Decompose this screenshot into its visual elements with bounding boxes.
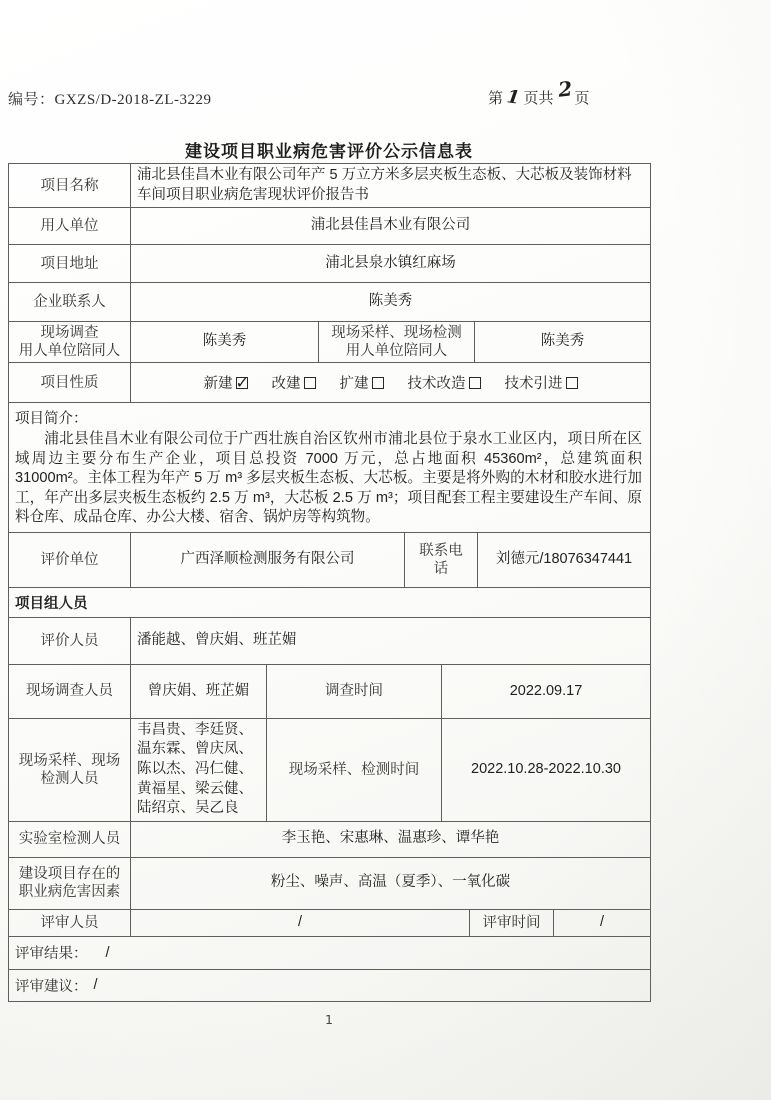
page-counter: 第1页共2页 xyxy=(488,84,590,108)
review-result-cell: 评审结果： / xyxy=(9,937,650,969)
row-label: 现场采样、现场 检测人员 xyxy=(9,719,130,821)
row-review-staff: 评审人员 / 评审时间 / xyxy=(9,909,650,936)
option-tech-upgrade: 技术改造 xyxy=(408,372,481,393)
row-hazards: 建设项目存在的 职业病危害因素 粉尘、噪声、高温（夏季）、一氧化碳 xyxy=(9,857,650,909)
review-advice-value: / xyxy=(94,977,98,993)
row-label: 企业联系人 xyxy=(9,283,130,321)
page-title: 建设项目职业病危害评价公示信息表 xyxy=(8,137,650,162)
option-label: 新建 xyxy=(204,372,233,393)
row-site-survey: 现场调查人员 曾庆娟、班芷媚 调查时间 2022.09.17 xyxy=(9,664,650,718)
row-label: 现场调查 用人单位陪同人 xyxy=(9,322,130,362)
row-label: 评价单位 xyxy=(9,533,130,587)
lab-staff-value: 李玉艳、宋惠琳、温惠珍、谭华艳 xyxy=(130,822,650,857)
checkbox-checked-icon xyxy=(236,377,248,389)
option-tech-import: 技术引进 xyxy=(505,372,578,393)
option-label: 扩建 xyxy=(340,372,369,393)
row-project-name: 项目名称 浦北县佳昌木业有限公司年产 5 万立方米多层夹板生态板、大芯板及装饰材… xyxy=(9,164,650,207)
review-result-label: 评审结果： xyxy=(15,942,88,963)
survey-time-label: 调查时间 xyxy=(266,665,441,718)
row-review-advice: 评审建议： / xyxy=(9,969,650,1001)
nature-options: 新建 改建 扩建 技术改造 技术引进 xyxy=(130,363,650,402)
info-table: 项目名称 浦北县佳昌木业有限公司年产 5 万立方米多层夹板生态板、大芯板及装饰材… xyxy=(8,163,651,1002)
row-label: 项目地址 xyxy=(9,245,130,282)
row-employer: 用人单位 浦北县佳昌木业有限公司 xyxy=(9,207,650,244)
row-label: 建设项目存在的 职业病危害因素 xyxy=(9,858,130,909)
row-evaluators: 评价人员 潘能越、曾庆娟、班芷媚 xyxy=(9,617,650,664)
row-escort: 现场调查 用人单位陪同人 陈美秀 现场采样、现场检测 用人单位陪同人 陈美秀 xyxy=(9,321,650,362)
checkbox-icon xyxy=(566,377,578,389)
team-section-header: 项目组人员 xyxy=(9,588,650,617)
address-value: 浦北县泉水镇红麻场 xyxy=(130,245,650,282)
row-project-intro: 项目简介： 浦北县佳昌木业有限公司位于广西壮族自治区钦州市浦北县位于泉水工业区内… xyxy=(9,402,650,532)
review-time-value: / xyxy=(553,910,650,936)
row-evaluation-org: 评价单位 广西泽顺检测服务有限公司 联系电 话 刘德元/18076347441 xyxy=(9,532,650,587)
doc-number: 编号：GXZS/D-2018-ZL-3229 xyxy=(8,88,211,109)
phone-value: 刘德元/18076347441 xyxy=(477,533,650,587)
handwritten-current-page: 1 xyxy=(506,86,521,109)
intro-heading: 项目简介： xyxy=(15,407,642,428)
page-counter-suffix: 页 xyxy=(574,91,589,107)
option-new-construction: 新建 xyxy=(204,372,248,393)
row-label: 用人单位 xyxy=(9,208,130,244)
sampling-time-value: 2022.10.28-2022.10.30 xyxy=(441,719,650,821)
review-staff-value: / xyxy=(130,910,469,936)
sampling-staff-cell: 韦昌贵、李廷贤、温东霖、曾庆凤、陈以杰、冯仁健、黄福星、梁云健、陆绍京、吴乙良 xyxy=(130,719,266,821)
row-review-result: 评审结果： / xyxy=(9,936,650,969)
review-advice-label: 评审建议： xyxy=(15,975,88,996)
intro-paragraph: 浦北县佳昌木业有限公司位于广西壮族自治区钦州市浦北县位于泉水工业区内，项日所在区… xyxy=(15,430,642,528)
phone-label: 联系电 话 xyxy=(404,533,477,587)
sampling-time-label: 现场采样、检测时间 xyxy=(266,719,441,821)
survey-time-value: 2022.09.17 xyxy=(441,665,650,718)
option-rebuild: 改建 xyxy=(272,372,316,393)
row-label: 现场调查人员 xyxy=(9,665,130,718)
checkbox-icon xyxy=(372,377,384,389)
employer-value: 浦北县佳昌木业有限公司 xyxy=(130,208,650,244)
nature-options-group: 新建 改建 扩建 技术改造 技术引进 xyxy=(204,372,578,393)
row-label: 评审人员 xyxy=(9,910,130,936)
handwritten-total-pages: 2 xyxy=(557,76,573,101)
project-name-value: 浦北县佳昌木业有限公司年产 5 万立方米多层夹板生态板、大芯板及装饰材料车间项目… xyxy=(130,164,650,207)
option-label: 改建 xyxy=(272,372,301,393)
review-result-value: / xyxy=(106,945,110,961)
page-counter-middle: 页共 xyxy=(524,91,554,107)
row-address: 项目地址 浦北县泉水镇红麻场 xyxy=(9,244,650,282)
page-counter-prefix: 第 xyxy=(488,91,503,107)
option-label: 技术引进 xyxy=(505,372,563,393)
row-lab-staff: 实验室检测人员 李玉艳、宋惠琳、温惠珍、谭华艳 xyxy=(9,821,650,857)
review-time-label: 评审时间 xyxy=(469,910,553,936)
evaluation-org-value: 广西泽顺检测服务有限公司 xyxy=(130,533,404,587)
hazards-value: 粉尘、噪声、高温（夏季）、一氧化碳 xyxy=(130,858,650,909)
survey-staff-value: 曾庆娟、班芷媚 xyxy=(130,665,266,718)
row-team-header: 项目组人员 xyxy=(9,587,650,617)
review-advice-cell: 评审建议： / xyxy=(9,970,650,1001)
escort-sampling-label: 现场采样、现场检测 用人单位陪同人 xyxy=(318,322,474,362)
checkbox-icon xyxy=(304,377,316,389)
row-label: 评价人员 xyxy=(9,618,130,664)
escort-sampling-value: 陈美秀 xyxy=(474,322,650,362)
evaluators-value: 潘能越、曾庆娟、班芷媚 xyxy=(130,618,650,664)
row-label: 项目性质 xyxy=(9,363,130,402)
option-label: 技术改造 xyxy=(408,372,466,393)
row-contact: 企业联系人 陈美秀 xyxy=(9,282,650,321)
escort-survey-value: 陈美秀 xyxy=(130,322,318,362)
footer-page-number: 1 xyxy=(8,1012,650,1027)
row-label: 项目名称 xyxy=(9,164,130,207)
contact-value: 陈美秀 xyxy=(130,283,650,321)
row-sampling: 现场采样、现场 检测人员 韦昌贵、李廷贤、温东霖、曾庆凤、陈以杰、冯仁健、黄福星… xyxy=(9,718,650,821)
row-project-nature: 项目性质 新建 改建 扩建 技术改造 技术引进 xyxy=(9,362,650,402)
checkbox-icon xyxy=(469,377,481,389)
scanned-document-page: 编号：GXZS/D-2018-ZL-3229 第1页共2页 建设项目职业病危害评… xyxy=(0,0,771,1100)
sampling-staff-value: 韦昌贵、李廷贤、温东霖、曾庆凤、陈以杰、冯仁健、黄福星、梁云健、陆绍京、吴乙良 xyxy=(137,721,260,819)
row-label: 实验室检测人员 xyxy=(9,822,130,857)
project-intro: 项目简介： 浦北县佳昌木业有限公司位于广西壮族自治区钦州市浦北县位于泉水工业区内… xyxy=(9,403,650,532)
option-expansion: 扩建 xyxy=(340,372,384,393)
